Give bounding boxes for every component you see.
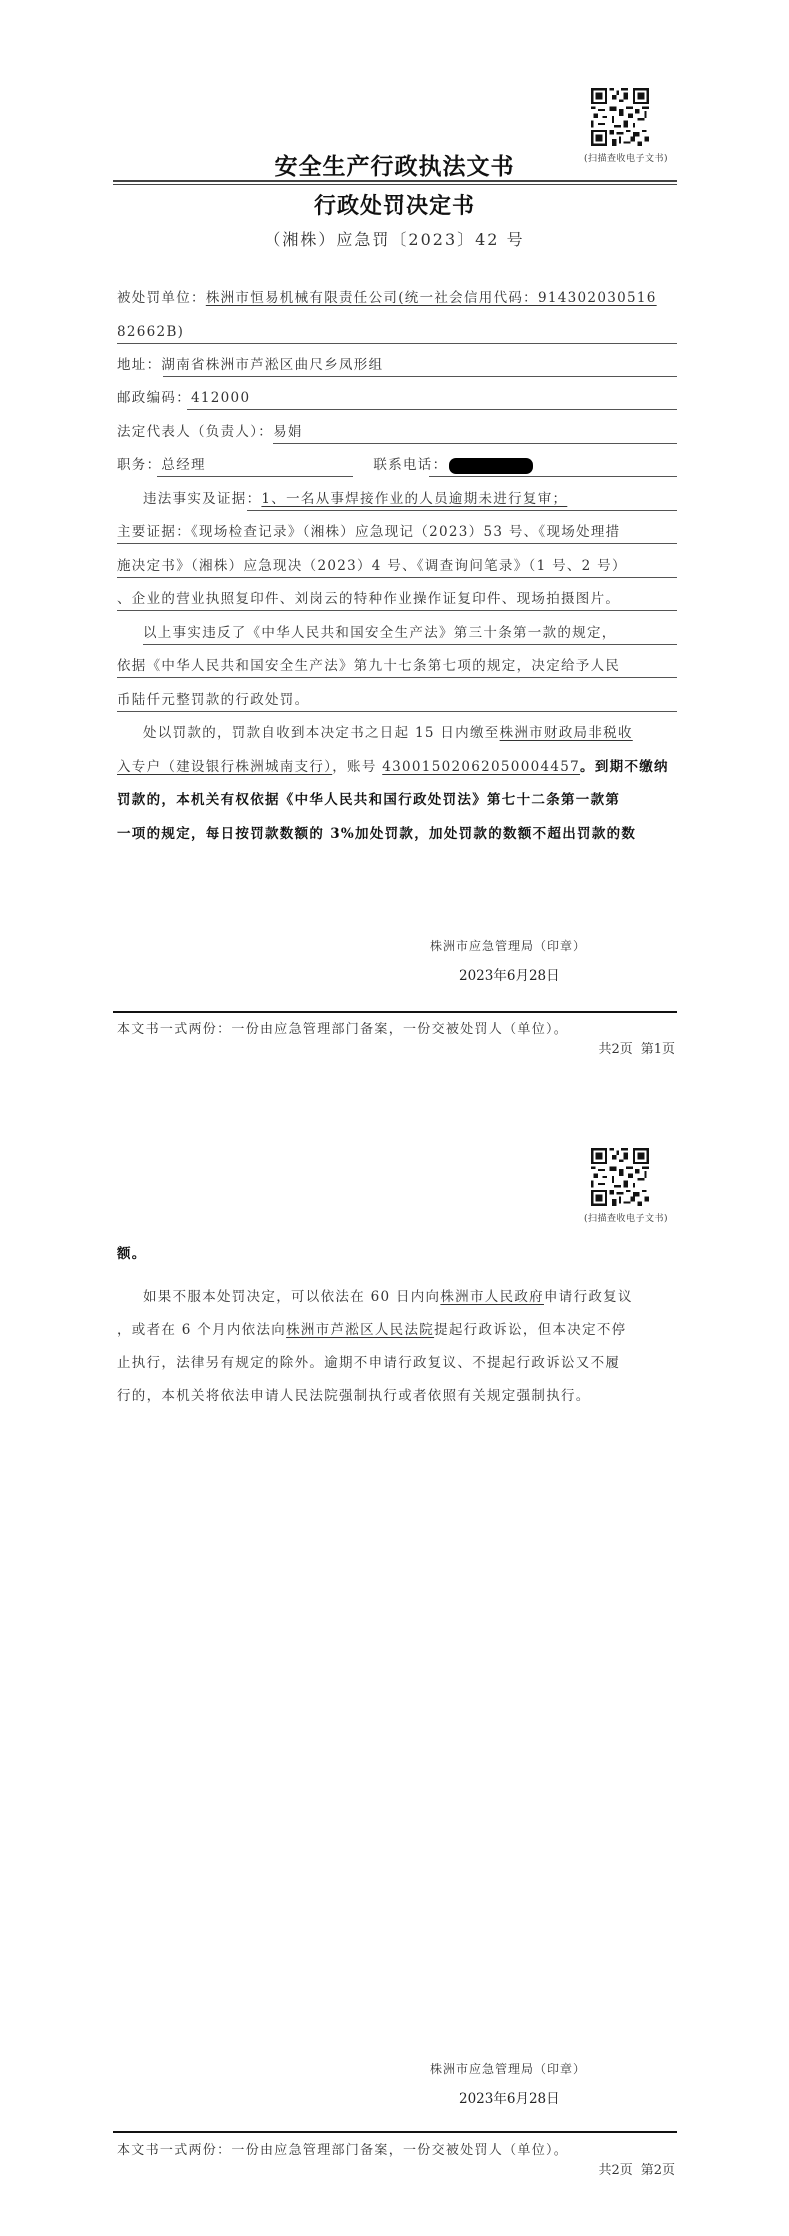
copies-note: 本文书一式两份：一份由应急管理部门备案，一份交被处罚人（单位）。 (117, 1018, 568, 1037)
underline (163, 376, 677, 377)
field-address: 地址：湖南省株洲市芦淞区曲尺乡凤形组 (117, 353, 677, 377)
underline (117, 610, 677, 611)
appeal-line-4: 行的，本机关将依法申请人民法院强制执行或者依照有关规定强制执行。 (117, 1384, 677, 1408)
title-double-rule (113, 180, 677, 185)
signing-authority: 株洲市应急管理局（印章） (430, 937, 586, 954)
evidence-text: 施决定书》（湘株）应急现决（2023）4 号、《调查询问笔录》（1 号、2 号） (117, 558, 627, 574)
appeal-text: 如果不服本处罚决定，可以依法在 60 日内向 (143, 1289, 440, 1305)
payment-line-2: 入专户（建设银行株洲城南支行），账号 43001502062050004457。… (117, 755, 677, 779)
address-value: 湖南省株洲市芦淞区曲尺乡凤形组 (161, 357, 383, 373)
underline (143, 644, 677, 645)
decision-line-3: 币陆仟元整罚款的行政处罚。 (117, 688, 677, 712)
underline (117, 543, 677, 544)
payment-continuation: 额。 (117, 1242, 677, 1266)
payment-bank: 入专户（建设银行株洲城南支行） (117, 759, 332, 775)
appeal-line-1: 如果不服本处罚决定，可以依法在 60 日内向株洲市人民政府申请行政复议 (117, 1285, 677, 1309)
page-1: (扫描查收电子文书) 安全生产行政执法文书 行政处罚决定书 （湘株）应急罚〔20… (0, 0, 789, 1118)
penalized-unit-value: 株洲市恒易机械有限责任公司(统一社会信用代码：914302030516 (206, 290, 657, 306)
header-title: 安全生产行政执法文书 (0, 148, 789, 181)
postcode-value: 412000 (191, 390, 250, 406)
decision-line-1: 以上事实违反了《中华人民共和国安全生产法》第三十条第一款的规定， (117, 621, 677, 645)
signing-date: 2023年6月28日 (459, 964, 560, 984)
appeal-text: 申请行政复议 (544, 1289, 633, 1305)
penalized-unit-value-cont: 82662B) (117, 324, 184, 340)
payment-account-number: 43001502062050004457 (382, 759, 580, 775)
decision-line-2: 依据《中华人民共和国安全生产法》第九十七条第七项的规定，决定给予人民 (117, 654, 677, 678)
evidence-line-1: 主要证据：《现场检查记录》（湘株）应急现记（2023）53 号、《现场处理措 (117, 520, 677, 544)
appeal-line-3: 止执行，法律另有规定的除外。逾期不申请行政复议、不提起行政诉讼又不履 (117, 1351, 677, 1375)
decision-text: 币陆仟元整罚款的行政处罚。 (117, 692, 309, 708)
payment-line-3: 罚款的，本机关有权依据《中华人民共和国行政处罚法》第七十二条第一款第 (117, 788, 677, 812)
legal-rep-label: 法定代表人（负责人）： (117, 424, 273, 440)
underline (117, 711, 677, 712)
facts-label: 违法事实及证据： (143, 491, 261, 507)
doc-title: 行政处罚决定书 (0, 189, 789, 220)
payment-text: 处以罚款的，罚款自收到本决定书之日起 15 日内缴至 (143, 725, 500, 741)
underline (117, 343, 677, 344)
phone-redacted (449, 458, 533, 474)
total-pages: 共2页 (598, 2163, 632, 2178)
evidence-line-2: 施决定书》（湘株）应急现决（2023）4 号、《调查询问笔录》（1 号、2 号） (117, 554, 677, 578)
facts-line: 违法事实及证据：1、一名从事焊接作业的人员逾期未进行复审； (117, 487, 677, 511)
underline (117, 577, 677, 578)
doc-number: （湘株）应急罚〔2023〕42 号 (0, 227, 789, 250)
signing-authority: 株洲市应急管理局（印章） (430, 2060, 586, 2077)
payment-account-label: ，账号 (332, 759, 382, 775)
evidence-text: 、企业的营业执照复印件、刘岗云的特种作业操作证复印件、现场拍摄图片。 (117, 591, 620, 607)
field-position-phone: 职务：总经理联系电话： (117, 453, 677, 477)
decision-text: 依据《中华人民共和国安全生产法》第九十七条第七项的规定，决定给予人民 (117, 658, 620, 674)
evidence-line-3: 、企业的营业执照复印件、刘岗云的特种作业操作证复印件、现场拍摄图片。 (117, 587, 677, 611)
footer-rule (113, 1011, 677, 1013)
footer-rule (113, 2131, 677, 2133)
appeal-text: 提起行政诉讼，但本决定不停 (434, 1322, 626, 1338)
current-page: 第1页 (641, 1042, 675, 1057)
fact-1: 1、一名从事焊接作业的人员逾期未进行复审； (261, 491, 567, 507)
underline (247, 510, 677, 511)
penalized-unit-label: 被处罚单位： (117, 290, 206, 306)
underline (187, 409, 677, 410)
legal-rep-value: 易娟 (273, 424, 303, 440)
payment-line-4: 一项的规定，每日按罚款数额的 3%加处罚款，加处罚款的数额不超出罚款的数 (117, 822, 677, 846)
total-pages: 共2页 (598, 1042, 632, 1057)
appeal-line-2: ，或者在 6 个月内依法向株洲市芦淞区人民法院提起行政诉讼，但本决定不停 (117, 1318, 677, 1342)
decision-text: 以上事实违反了《中华人民共和国安全生产法》第三十条第一款的规定， (143, 625, 617, 641)
position-value: 总经理 (161, 453, 361, 477)
postcode-label: 邮政编码： (117, 390, 191, 406)
payment-line-1: 处以罚款的，罚款自收到本决定书之日起 15 日内缴至株洲市财政局非税收 (117, 721, 677, 745)
payment-warning: 。到期不缴纳 (580, 759, 669, 775)
underline (429, 476, 677, 477)
appeal-text: ，或者在 6 个月内依法向 (117, 1322, 286, 1338)
qr-code-icon (590, 1148, 650, 1206)
current-page: 第2页 (641, 2163, 675, 2178)
payment-account-name: 株洲市财政局非税收 (500, 725, 633, 741)
page-2: (扫描查收电子文书) 额。 如果不服本处罚决定，可以依法在 60 日内向株洲市人… (0, 1118, 789, 2236)
field-legal-rep: 法定代表人（负责人）：易娟 (117, 420, 677, 444)
phone-label: 联系电话： (373, 457, 447, 473)
page-counter: 共2页第1页 (590, 1038, 675, 1057)
underline (117, 677, 677, 678)
underline (157, 476, 353, 477)
field-penalized-unit-cont: 82662B) (117, 320, 677, 344)
field-postcode: 邮政编码：412000 (117, 386, 677, 410)
qr-caption: (扫描查收电子文书) (584, 1211, 668, 1224)
field-penalized-unit: 被处罚单位：株洲市恒易机械有限责任公司(统一社会信用代码：91430203051… (117, 286, 677, 310)
underline (273, 443, 677, 444)
qr-code-icon (590, 88, 650, 146)
signing-date: 2023年6月28日 (459, 2087, 560, 2107)
page-counter: 共2页第2页 (590, 2159, 675, 2178)
address-label: 地址： (117, 357, 161, 373)
evidence-text: 主要证据：《现场检查记录》（湘株）应急现记（2023）53 号、《现场处理措 (117, 524, 620, 540)
position-label: 职务： (117, 457, 161, 473)
appeal-court: 株洲市芦淞区人民法院 (286, 1322, 434, 1338)
appeal-government: 株洲市人民政府 (440, 1289, 544, 1305)
copies-note: 本文书一式两份：一份由应急管理部门备案，一份交被处罚人（单位）。 (117, 2139, 568, 2158)
